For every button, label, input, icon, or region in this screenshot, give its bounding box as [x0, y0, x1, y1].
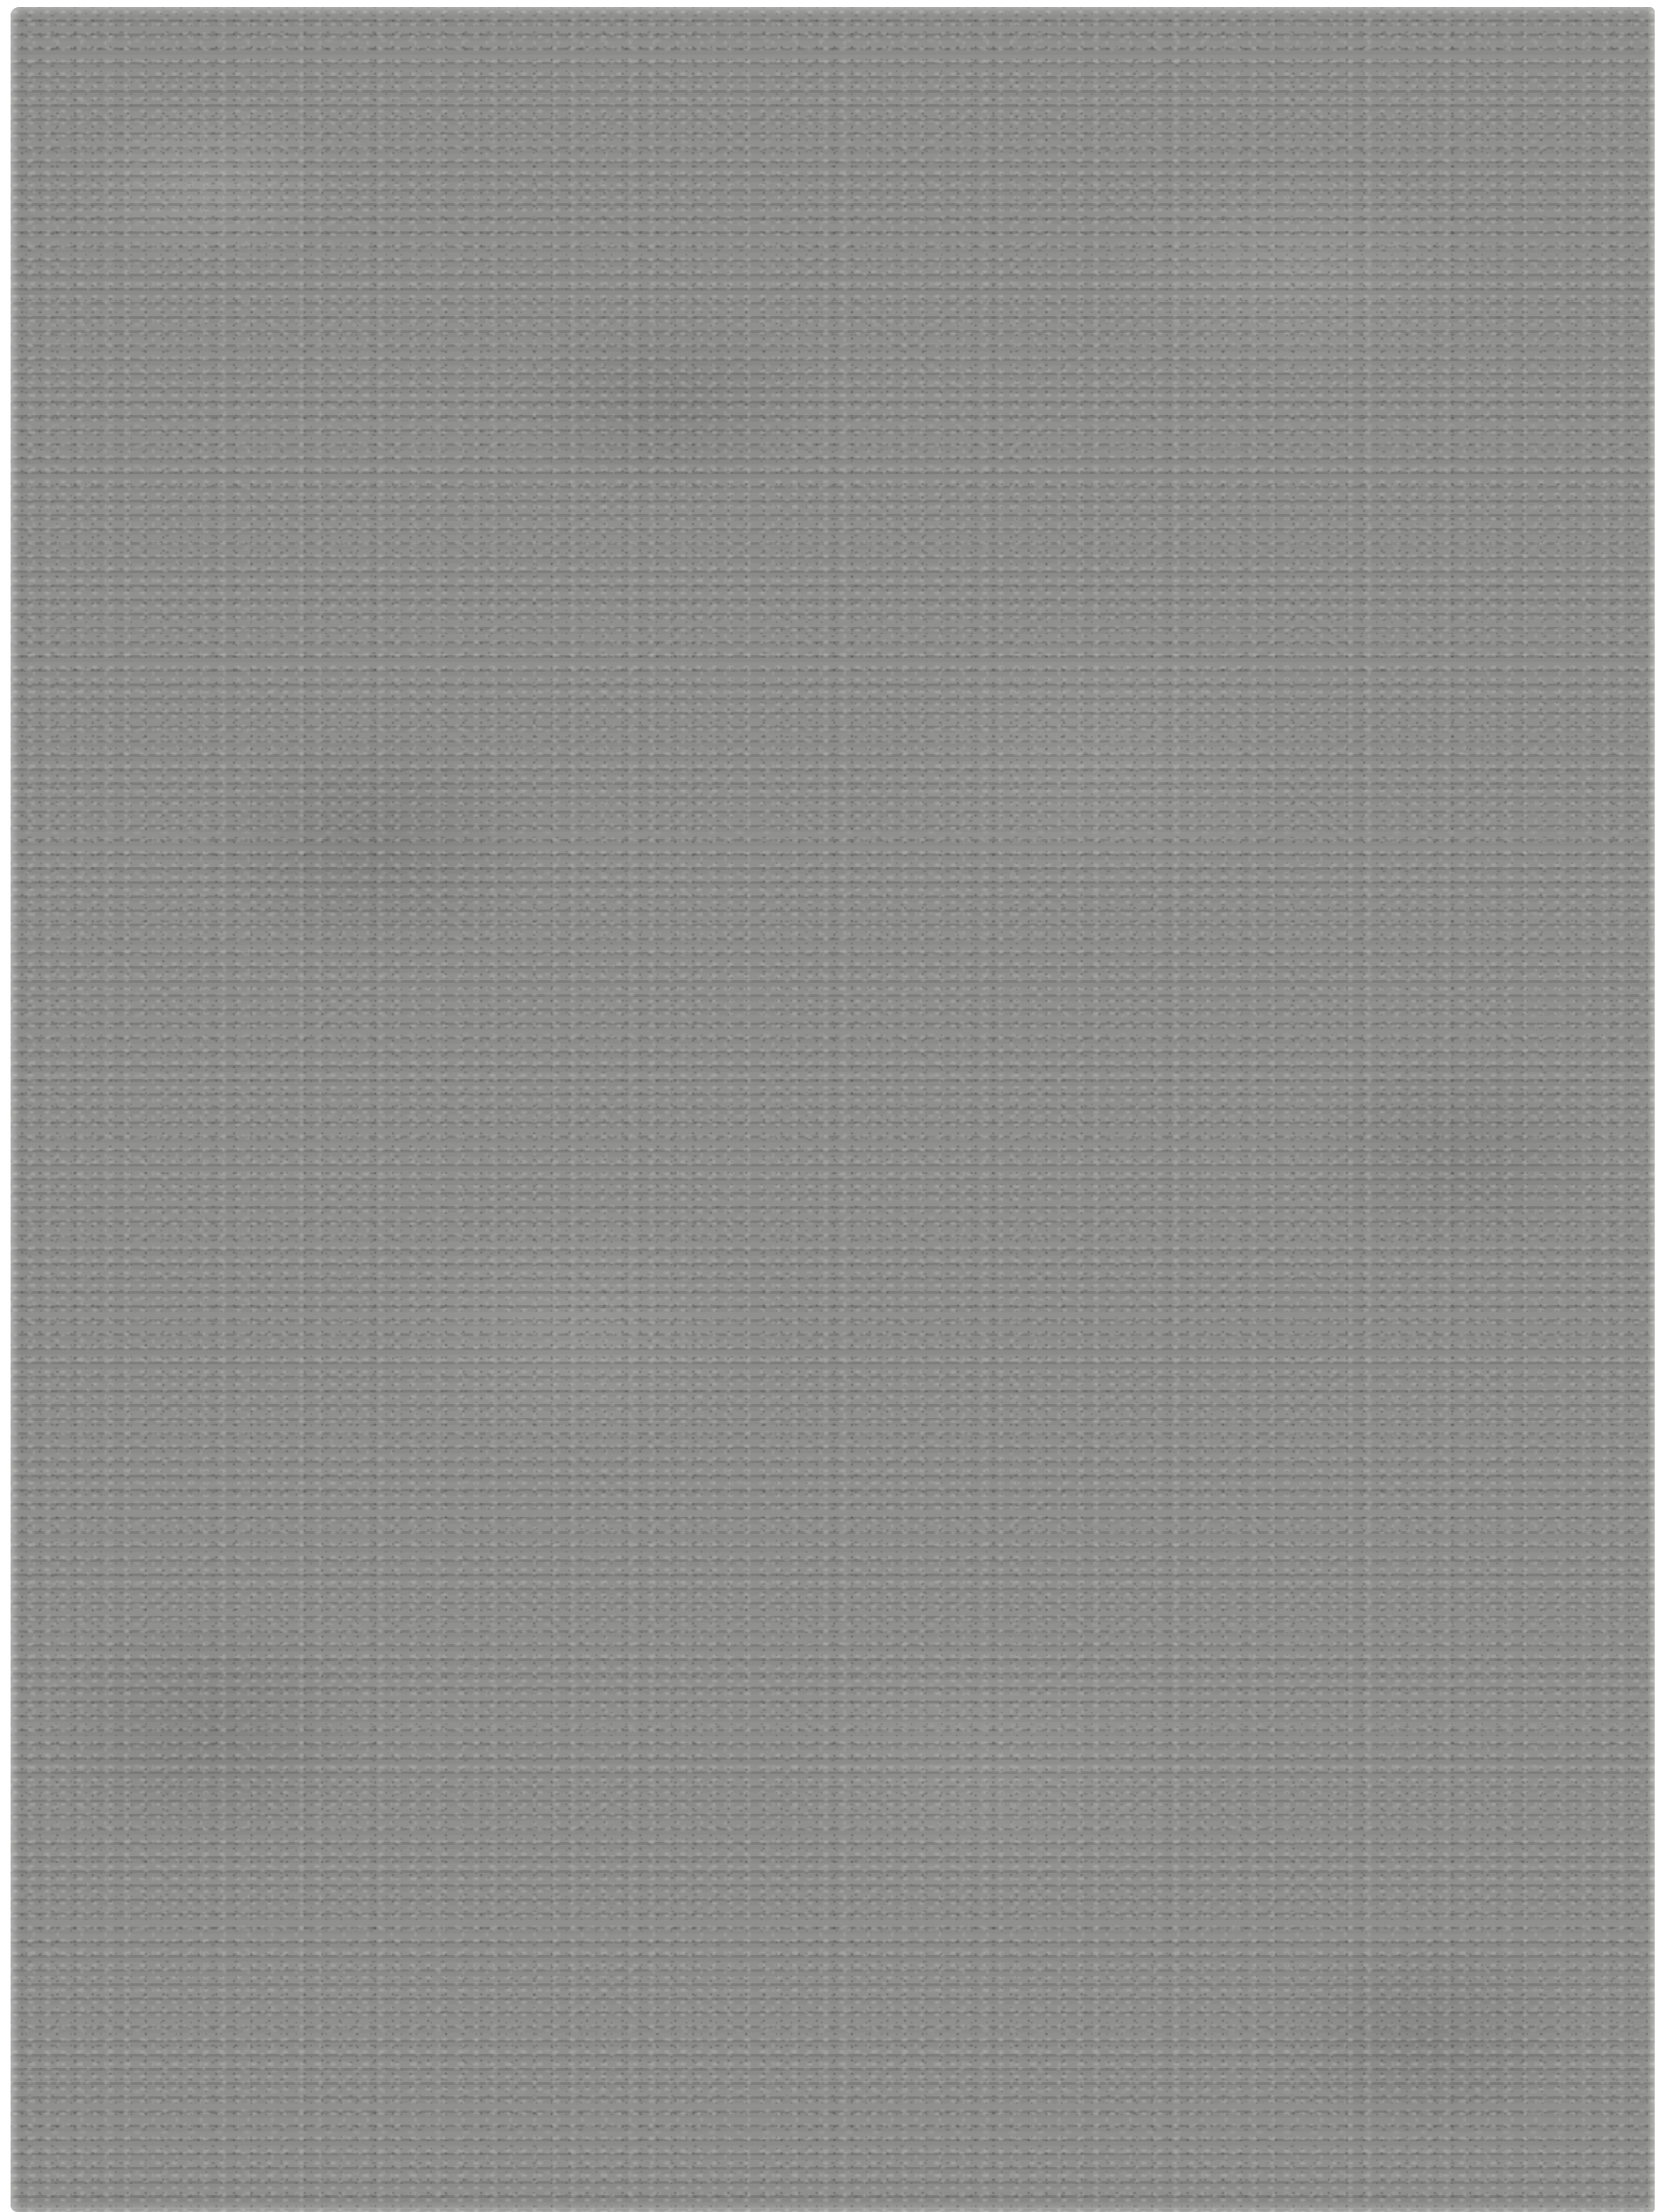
- rug-edge: [11, 7, 1655, 2212]
- shag-rug: Grey looped shag rug, top-down product v…: [11, 7, 1655, 2212]
